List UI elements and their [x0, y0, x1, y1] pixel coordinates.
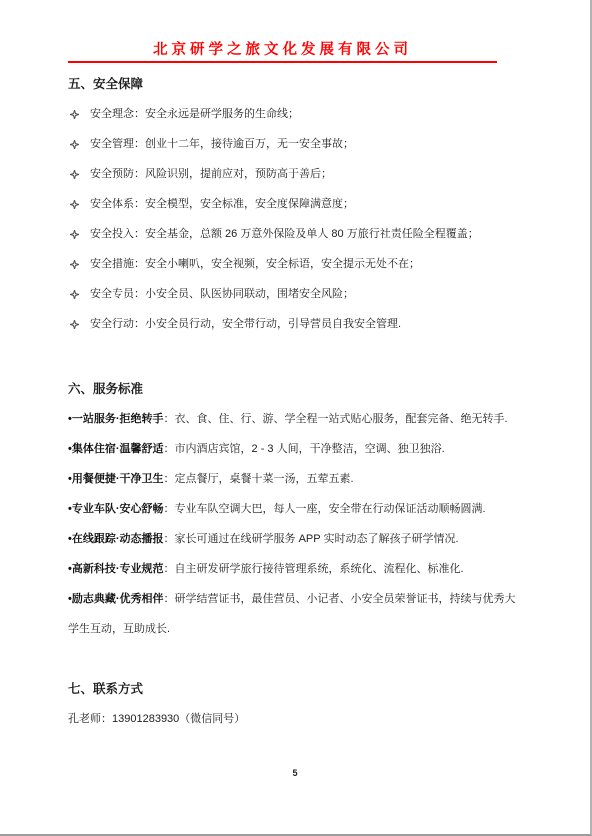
- four-pointed-star-icon: [68, 290, 90, 299]
- service-item: •在线跟踪·动态播报：家长可通过在线研学服务 APP 实时动态了解孩子研学情况.: [68, 524, 520, 554]
- service-item-text: ：家长可通过在线研学服务 APP 实时动态了解孩子研学情况.: [164, 533, 459, 545]
- section-title-services: 六、服务标准: [68, 374, 520, 404]
- service-item: •集体住宿·温馨舒适：市内酒店宾馆，2 - 3 人间，干净整洁，空调、独卫独浴.: [68, 434, 520, 464]
- four-pointed-star-icon: [68, 230, 90, 239]
- service-item-label: 集体住宿·温馨舒适: [72, 443, 164, 455]
- service-item-text: ：专业车队空调大巴，每人一座，安全带在行动保证活动顺畅圆满.: [164, 503, 486, 515]
- service-item: •一站服务·拒绝转手：衣、食、住、行、游、学全程一站式贴心服务，配套完备、绝无转…: [68, 404, 520, 434]
- document-header: 北京研学之旅文化发展有限公司: [68, 40, 497, 63]
- safety-item: 安全措施：安全小喇叭，安全视频，安全标语，安全提示无处不在；: [68, 249, 520, 279]
- safety-item-text: 安全体系：安全模型，安全标准，安全度保障满意度；: [90, 189, 354, 219]
- safety-item: 安全预防：风险识别，提前应对，预防高于善后；: [68, 159, 520, 189]
- service-item-text: ：定点餐厅，桌餐十菜一汤，五荤五素.: [164, 473, 354, 485]
- service-item-text: ：自主研发研学旅行接待管理系统，系统化、流程化、标准化.: [164, 563, 464, 575]
- safety-item-text: 安全投入：安全基金，总额 26 万意外保险及单人 80 万旅行社责任险全程覆盖；: [90, 219, 479, 249]
- safety-item: 安全投入：安全基金，总额 26 万意外保险及单人 80 万旅行社责任险全程覆盖；: [68, 219, 520, 249]
- services-list: •一站服务·拒绝转手：衣、食、住、行、游、学全程一站式贴心服务，配套完备、绝无转…: [68, 404, 520, 644]
- safety-item: 安全专员：小安全员、队医协同联动，围堵安全风险；: [68, 279, 520, 309]
- safety-item-text: 安全专员：小安全员、队医协同联动，围堵安全风险；: [90, 279, 354, 309]
- service-item-label: 用餐便捷·干净卫生: [72, 473, 164, 485]
- four-pointed-star-icon: [68, 200, 90, 209]
- safety-item-text: 安全预防：风险识别，提前应对，预防高于善后；: [90, 159, 332, 189]
- service-item: •专业车队·安心舒畅：专业车队空调大巴，每人一座，安全带在行动保证活动顺畅圆满.: [68, 494, 520, 524]
- document-page: 北京研学之旅文化发展有限公司 五、安全保障 安全理念：安全永远是研学服务的生命线…: [0, 0, 592, 836]
- page-content: 北京研学之旅文化发展有限公司 五、安全保障 安全理念：安全永远是研学服务的生命线…: [0, 0, 590, 734]
- safety-item: 安全理念：安全永远是研学服务的生命线；: [68, 99, 520, 129]
- service-item: •用餐便捷·干净卫生：定点餐厅，桌餐十菜一汤，五荤五素.: [68, 464, 520, 494]
- service-item-text: ：市内酒店宾馆，2 - 3 人间，干净整洁，空调、独卫独浴.: [164, 443, 445, 455]
- four-pointed-star-icon: [68, 260, 90, 269]
- service-item-label: 一站服务·拒绝转手: [72, 413, 164, 425]
- service-item: •高新科技·专业规范：自主研发研学旅行接待管理系统，系统化、流程化、标准化.: [68, 554, 520, 584]
- safety-item-text: 安全行动：小安全员行动，安全带行动，引导营员自我安全管理.: [90, 309, 401, 339]
- safety-item-text: 安全措施：安全小喇叭，安全视频，安全标语，安全提示无处不在；: [90, 249, 420, 279]
- four-pointed-star-icon: [68, 140, 90, 149]
- section-title-contact: 七、联系方式: [68, 674, 520, 704]
- service-item-text: ：衣、食、住、行、游、学全程一站式贴心服务，配套完备、绝无转手.: [164, 413, 508, 425]
- four-pointed-star-icon: [68, 170, 90, 179]
- four-pointed-star-icon: [68, 320, 90, 329]
- section-title-safety: 五、安全保障: [68, 69, 520, 99]
- page-number: 5: [0, 768, 590, 778]
- safety-item: 安全行动：小安全员行动，安全带行动，引导营员自我安全管理.: [68, 309, 520, 339]
- company-title: 北京研学之旅文化发展有限公司: [153, 42, 412, 58]
- service-item-label: 在线跟踪·动态播报: [72, 533, 164, 545]
- service-item-label: 励志典藏·优秀相伴: [72, 593, 164, 605]
- contact-line: 孔老师：13901283930（微信同号）: [68, 704, 520, 734]
- service-item-label: 专业车队·安心舒畅: [72, 503, 164, 515]
- safety-item-text: 安全理念：安全永远是研学服务的生命线；: [90, 99, 299, 129]
- safety-item-text: 安全管理：创业十二年，接待逾百万，无一安全事故；: [90, 129, 354, 159]
- four-pointed-star-icon: [68, 110, 90, 119]
- service-item: •励志典藏·优秀相伴：研学结营证书，最佳营员、小记者、小安全员荣誉证书，持续与优…: [68, 584, 520, 644]
- safety-item: 安全管理：创业十二年，接待逾百万，无一安全事故；: [68, 129, 520, 159]
- safety-list: 安全理念：安全永远是研学服务的生命线； 安全管理：创业十二年，接待逾百万，无一安…: [68, 99, 520, 339]
- service-item-label: 高新科技·专业规范: [72, 563, 164, 575]
- safety-item: 安全体系：安全模型，安全标准，安全度保障满意度；: [68, 189, 520, 219]
